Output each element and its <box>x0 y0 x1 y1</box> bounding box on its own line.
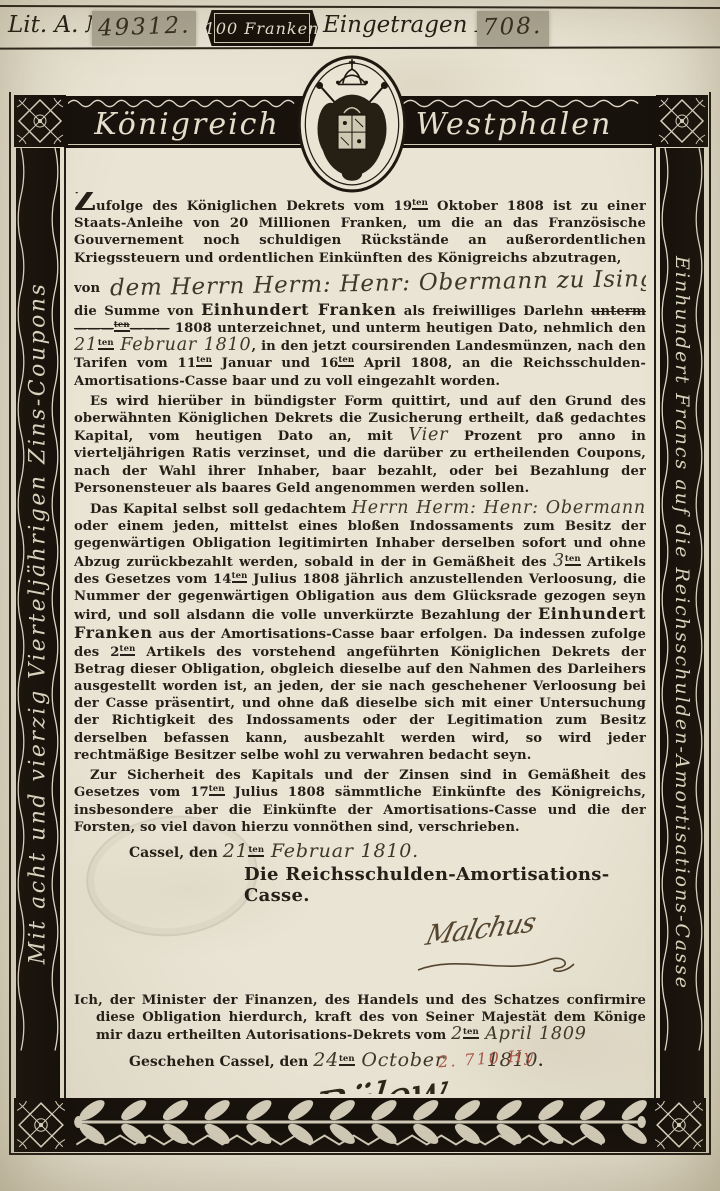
ordinal-superscript: ten <box>232 571 248 583</box>
ordinal-superscript: ten <box>412 198 428 210</box>
right-border-text: Einhundert Francs auf die Reichsschulden… <box>671 256 693 990</box>
paragraph-repayment: Das Kapital selbst soll gedachtem Herrn … <box>74 500 646 764</box>
ordinal-superscript: ten <box>120 644 136 656</box>
paragraph-sum: die Summe von Einhundert Franken als fre… <box>74 301 646 390</box>
document-body: Zufolge des Königlichen Dekrets vom 19te… <box>74 192 646 1094</box>
title-banner-left: Königreich <box>64 96 310 148</box>
text-run: . <box>538 1054 543 1070</box>
corner-ornament-top-left <box>14 94 66 148</box>
inner-frame-line-right <box>654 148 656 1098</box>
corner-ornament-top-right <box>656 94 708 148</box>
handwritten-day: 21 <box>74 335 98 355</box>
denomination-label: 100 Franken <box>205 19 320 38</box>
left-border-text: Mit acht und vierzig Vierteljährigen Zin… <box>26 282 51 965</box>
signature-flourish <box>412 952 582 978</box>
header-bottom-rule <box>0 46 720 49</box>
right-border-band: Einhundert Francs auf die Reichsschulden… <box>660 148 704 1098</box>
paragraph-minister-confirmation: Ich, der Minister der Finanzen, des Hand… <box>74 992 646 1045</box>
dateline-cassel: Cassel, den 21ten Februar 1810. <box>129 840 646 862</box>
bottom-ornament-band <box>14 1098 706 1152</box>
text-run: 1808 unterzeichnet, und unterm heutigen … <box>170 321 646 336</box>
cashier-signature-block: Malchus <box>74 906 646 990</box>
bond-certificate: Lit. A. № 49312. 100 Franken Eingetragen… <box>0 0 720 1191</box>
text-run: Januar und 16 <box>212 356 338 371</box>
denomination-box: 100 Franken <box>206 10 318 46</box>
inner-frame-line-left <box>64 148 66 1098</box>
handwritten-lender-name: dem Herrn Herm: Henr: Obermann zu Isinge… <box>110 264 646 301</box>
handwritten-date: April 1809 <box>479 1024 587 1044</box>
text-run: Geschehen Cassel, den <box>129 1054 313 1070</box>
von-label: von <box>74 281 100 296</box>
banner-baseline <box>376 144 652 145</box>
handwritten-holder-name: Herrn Herm: Henr: Obermann <box>352 498 646 518</box>
rosette-icon <box>14 94 66 148</box>
wave-ornament <box>51 148 59 1098</box>
outer-frame-line-left <box>9 92 11 1154</box>
lender-name-line: von dem Herrn Herm: Henr: Obermann zu Is… <box>74 270 646 296</box>
folio-number: 708. <box>483 13 543 41</box>
wave-ornament <box>17 148 25 1098</box>
text-run: die Summe von <box>74 304 201 319</box>
title-banner-right: Westphalen <box>372 96 656 148</box>
serial-number-patch: 49312. <box>92 11 196 46</box>
text-run: als freiwilliges Darlehn <box>396 304 590 319</box>
handwritten-day: 21 <box>223 840 249 862</box>
handwritten-day: 24 <box>313 1049 339 1071</box>
laurel-garland-icon <box>68 1098 652 1152</box>
ordinal-superscript: ten <box>196 355 212 367</box>
struck-text: ——— <box>130 321 170 336</box>
handwritten-article-number: 3 <box>553 551 565 571</box>
rosette-icon <box>652 1098 706 1152</box>
ordinal-superscript: ten <box>209 784 225 796</box>
handwritten-interest-rate: Vier <box>408 425 448 445</box>
serial-number: 49312. <box>98 12 191 41</box>
folio-number-patch: 708. <box>477 11 549 46</box>
minister-signature-block: Bülow <box>74 1071 646 1094</box>
wave-ornament <box>661 148 669 1098</box>
outer-frame-line-right <box>709 92 711 1154</box>
ordinal-superscript: ten <box>248 845 264 857</box>
ordinal-superscript: ten <box>339 1054 355 1066</box>
royal-coat-of-arms <box>296 54 408 194</box>
wave-ornament <box>695 148 703 1098</box>
kingdom-title-right: Westphalen <box>416 107 613 142</box>
text-run: Das Kapital selbst soll gedachtem <box>90 502 352 517</box>
text-run: Artikels des vorstehend angeführten Köni… <box>74 645 646 763</box>
handwritten-day: 2 <box>451 1024 463 1044</box>
amount-emphasis: Einhundert Franken <box>201 300 396 319</box>
paragraph-decree: Zufolge des Königlichen Dekrets vom 19te… <box>74 192 646 267</box>
dateline-geschehen: Geschehen Cassel, den 24ten October1810. <box>129 1049 646 1071</box>
ordinal-superscript: ten <box>565 554 581 566</box>
paragraph-interest: Es wird hierüber in bündigster Form quit… <box>74 393 646 497</box>
ordinal-superscript: ten <box>463 1027 479 1039</box>
kingdom-title-left: Königreich <box>94 107 280 142</box>
text-run: Cassel, den <box>129 845 223 861</box>
handwritten-date: Februar 1810. <box>264 840 419 862</box>
left-border-band: Mit acht und vierzig Vierteljährigen Zin… <box>16 148 60 1098</box>
issuer-line: Die Reichsschulden-Amortisations-Casse. <box>74 864 646 906</box>
top-rule <box>0 5 720 9</box>
ordinal-superscript: ten <box>338 355 354 367</box>
wave-ornament <box>68 99 306 108</box>
coat-of-arms-icon <box>296 54 408 194</box>
banner-baseline <box>68 144 306 145</box>
paragraph-security: Zur Sicherheit des Kapitals und der Zins… <box>74 767 646 836</box>
handwritten-date: Februar 1810 <box>114 335 252 355</box>
text-run: Zufolge des Königlichen Dekrets vom 19 <box>74 199 412 214</box>
ordinal-superscript: ten <box>114 320 130 332</box>
cashier-signature: Malchus <box>423 907 539 952</box>
wave-ornament <box>376 99 652 108</box>
outer-frame-line-bottom <box>9 1153 711 1155</box>
ordinal-superscript: ten <box>98 338 114 350</box>
rosette-icon <box>656 94 708 148</box>
rosette-icon <box>14 1098 68 1152</box>
